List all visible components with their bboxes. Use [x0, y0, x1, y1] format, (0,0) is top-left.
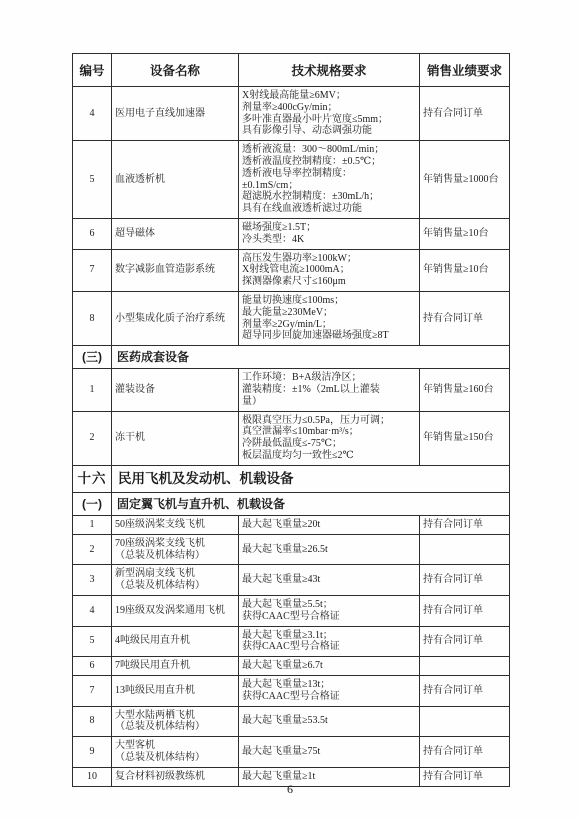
tech-spec-cell: 最大起飞重量≥6.7t — [239, 657, 420, 676]
row-number-cell: 1 — [73, 369, 112, 411]
tech-spec-cell: 高压发生器功率≥100kW； X射线管电流≥1000mA； 探测器像素尺寸≤16… — [239, 249, 420, 291]
tech-spec-cell: 最大起飞重量≥26.5t — [239, 534, 420, 565]
row-number-cell: 2 — [73, 534, 112, 565]
table-row: 1灌装设备工作环境：B+A级洁净区； 灌装精度：±1%（2mL以上灌装 量）年销… — [73, 369, 510, 411]
table-header-row: 编号 设备名称 技术规格要求 销售业绩要求 — [73, 54, 510, 87]
sales-requirement-cell: 年销售量≥10台 — [420, 218, 510, 249]
tech-spec-cell: 透析液流量：300～800mL/min； 透析液温度控制精度：±0.5℃； 透析… — [239, 141, 420, 219]
sales-requirement-cell: 持有合同订单 — [420, 595, 510, 626]
tech-spec-cell: 最大起飞重量≥5.5t； 获得CAAC型号合格证 — [239, 595, 420, 626]
table-row: 9大型客机 （总装及机体结构）最大起飞重量≥75t持有合同订单 — [73, 737, 510, 768]
tech-spec-cell: 最大起飞重量≥43t — [239, 565, 420, 596]
section-title-cell: 固定翼飞机与直升机、机载设备 — [112, 492, 510, 515]
section-row: (一)固定翼飞机与直升机、机载设备 — [73, 492, 510, 515]
row-number-cell: 8 — [73, 291, 112, 345]
row-number-cell: 7 — [73, 249, 112, 291]
equipment-name-cell: 血液透析机 — [112, 141, 239, 219]
chapter-number-cell: 十六 — [73, 465, 112, 492]
sales-requirement-cell: 持有合同订单 — [420, 291, 510, 345]
equipment-name-cell: 70座级涡桨支线飞机 （总装及机体结构） — [112, 534, 239, 565]
table-row: 54吨级民用直升机最大起飞重量≥3.1t； 获得CAAC型号合格证持有合同订单 — [73, 626, 510, 657]
sales-requirement-cell: 年销售量≥160台 — [420, 369, 510, 411]
sales-requirement-cell — [420, 706, 510, 737]
sales-requirement-cell: 年销售量≥1000台 — [420, 141, 510, 219]
equipment-name-cell: 小型集成化质子治疗系统 — [112, 291, 239, 345]
table-row: 713吨级民用直升机最大起飞重量≥13t； 获得CAAC型号合格证持有合同订单 — [73, 675, 510, 706]
sales-requirement-cell: 持有合同订单 — [420, 626, 510, 657]
row-number-cell: 5 — [73, 626, 112, 657]
chapter-row: 十六民用飞机及发动机、机载设备 — [73, 465, 510, 492]
equipment-name-cell: 7吨级民用直升机 — [112, 657, 239, 676]
row-number-cell: 3 — [73, 565, 112, 596]
table-row: 150座级涡桨支线飞机最大起飞重量≥20t持有合同订单 — [73, 515, 510, 534]
tech-spec-cell: 最大起飞重量≥53.5t — [239, 706, 420, 737]
tech-spec-cell: 最大起飞重量≥20t — [239, 515, 420, 534]
equipment-name-cell: 数字减影血管造影系统 — [112, 249, 239, 291]
equipment-name-cell: 灌装设备 — [112, 369, 239, 411]
table-row: 6超导磁体磁场强度≥1.5T； 冷头类型：4K年销售量≥10台 — [73, 218, 510, 249]
equipment-name-cell: 4吨级民用直升机 — [112, 626, 239, 657]
equipment-name-cell: 19座级双发涡桨通用飞机 — [112, 595, 239, 626]
table-row: 419座级双发涡桨通用飞机最大起飞重量≥5.5t； 获得CAAC型号合格证持有合… — [73, 595, 510, 626]
section-number-cell: (一) — [73, 492, 112, 515]
sales-requirement-cell: 年销售量≥10台 — [420, 249, 510, 291]
row-number-cell: 9 — [73, 737, 112, 768]
equipment-name-cell: 50座级涡桨支线飞机 — [112, 515, 239, 534]
sales-requirement-cell: 年销售量≥150台 — [420, 411, 510, 465]
table-row: 2冻干机极限真空压力≤0.5Pa，压力可调； 真空泄漏率≤10mbar·m³/s… — [73, 411, 510, 465]
table-row: 4医用电子直线加速器X射线最高能量≥6MV； 剂量率≥400cGy/min； 多… — [73, 87, 510, 141]
column-header-equipment-name: 设备名称 — [112, 54, 239, 87]
equipment-name-cell: 冻干机 — [112, 411, 239, 465]
tech-spec-cell: 最大起飞重量≥13t； 获得CAAC型号合格证 — [239, 675, 420, 706]
table-row: 8小型集成化质子治疗系统能量切换速度≤100ms； 最大能量≥230MeV； 剂… — [73, 291, 510, 345]
row-number-cell: 8 — [73, 706, 112, 737]
row-number-cell: 4 — [73, 87, 112, 141]
equipment-table: 编号 设备名称 技术规格要求 销售业绩要求 4医用电子直线加速器X射线最高能量≥… — [72, 53, 510, 787]
equipment-name-cell: 大型客机 （总装及机体结构） — [112, 737, 239, 768]
document-page: 编号 设备名称 技术规格要求 销售业绩要求 4医用电子直线加速器X射线最高能量≥… — [0, 0, 580, 820]
column-header-sales-requirement: 销售业绩要求 — [420, 54, 510, 87]
row-number-cell: 1 — [73, 515, 112, 534]
chapter-title-cell: 民用飞机及发动机、机载设备 — [112, 465, 510, 492]
section-number-cell: (三) — [73, 346, 112, 369]
tech-spec-cell: 最大起飞重量≥75t — [239, 737, 420, 768]
row-number-cell: 6 — [73, 218, 112, 249]
sales-requirement-cell: 持有合同订单 — [420, 515, 510, 534]
tech-spec-cell: 能量切换速度≤100ms； 最大能量≥230MeV； 剂量率≥2Gy/min/L… — [239, 291, 420, 345]
equipment-name-cell: 新型涡扇支线飞机 （总装及机体结构） — [112, 565, 239, 596]
equipment-name-cell: 医用电子直线加速器 — [112, 87, 239, 141]
page-number: 6 — [0, 782, 580, 797]
column-header-number: 编号 — [73, 54, 112, 87]
section-row: (三)医药成套设备 — [73, 346, 510, 369]
table-body: 4医用电子直线加速器X射线最高能量≥6MV； 剂量率≥400cGy/min； 多… — [73, 87, 510, 787]
equipment-name-cell: 大型水陆两栖飞机 （总装及机体结构） — [112, 706, 239, 737]
table-row: 3新型涡扇支线飞机 （总装及机体结构）最大起飞重量≥43t持有合同订单 — [73, 565, 510, 596]
tech-spec-cell: 磁场强度≥1.5T； 冷头类型：4K — [239, 218, 420, 249]
sales-requirement-cell: 持有合同订单 — [420, 565, 510, 596]
tech-spec-cell: 工作环境：B+A级洁净区； 灌装精度：±1%（2mL以上灌装 量） — [239, 369, 420, 411]
row-number-cell: 7 — [73, 675, 112, 706]
row-number-cell: 5 — [73, 141, 112, 219]
table-row: 270座级涡桨支线飞机 （总装及机体结构）最大起飞重量≥26.5t — [73, 534, 510, 565]
row-number-cell: 2 — [73, 411, 112, 465]
tech-spec-cell: 最大起飞重量≥3.1t； 获得CAAC型号合格证 — [239, 626, 420, 657]
sales-requirement-cell: 持有合同订单 — [420, 87, 510, 141]
table-row: 8大型水陆两栖飞机 （总装及机体结构）最大起飞重量≥53.5t — [73, 706, 510, 737]
sales-requirement-cell: 持有合同订单 — [420, 675, 510, 706]
table-row: 67吨级民用直升机最大起飞重量≥6.7t — [73, 657, 510, 676]
equipment-name-cell: 超导磁体 — [112, 218, 239, 249]
table-row: 5血液透析机透析液流量：300～800mL/min； 透析液温度控制精度：±0.… — [73, 141, 510, 219]
column-header-tech-spec: 技术规格要求 — [239, 54, 420, 87]
sales-requirement-cell — [420, 657, 510, 676]
tech-spec-cell: X射线最高能量≥6MV； 剂量率≥400cGy/min； 多叶准直器最小叶片宽度… — [239, 87, 420, 141]
table-row: 7数字减影血管造影系统高压发生器功率≥100kW； X射线管电流≥1000mA；… — [73, 249, 510, 291]
tech-spec-cell: 极限真空压力≤0.5Pa，压力可调； 真空泄漏率≤10mbar·m³/s； 冷阱… — [239, 411, 420, 465]
row-number-cell: 4 — [73, 595, 112, 626]
equipment-name-cell: 13吨级民用直升机 — [112, 675, 239, 706]
sales-requirement-cell — [420, 534, 510, 565]
sales-requirement-cell: 持有合同订单 — [420, 737, 510, 768]
section-title-cell: 医药成套设备 — [112, 346, 510, 369]
row-number-cell: 6 — [73, 657, 112, 676]
